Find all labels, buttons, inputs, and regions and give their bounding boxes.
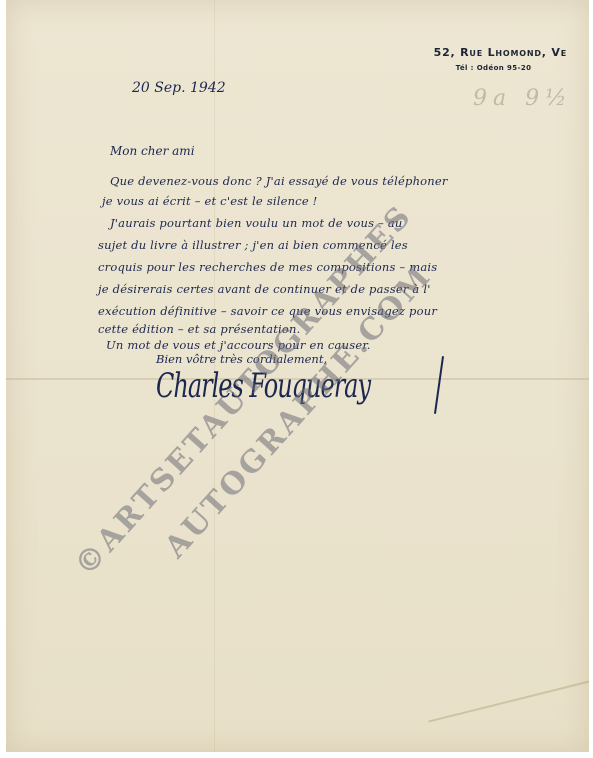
signature-flourish (434, 356, 444, 414)
letter-page: 52, Rue Lhomond, Ve Tél : Odéon 95-20 9a… (6, 0, 589, 752)
body-line: je vous ai écrit – et c'est le silence ! (102, 194, 318, 208)
letter-closing: Bien vôtre très cordialement, (156, 352, 327, 366)
letter-salutation: Mon cher ami (110, 144, 195, 158)
body-line: Que devenez-vous donc ? J'ai essayé de v… (110, 174, 448, 188)
corner-crease (428, 679, 589, 722)
body-line: J'aurais pourtant bien voulu un mot de v… (110, 216, 403, 230)
letterhead-address: 52, Rue Lhomond, Ve (434, 46, 567, 59)
letterhead: 52, Rue Lhomond, Ve Tél : Odéon 95-20 (434, 46, 567, 72)
body-line: croquis pour les recherches de mes compo… (98, 260, 437, 274)
pencil-annotation: 9a 9½ (473, 86, 572, 111)
letterhead-telephone: Tél : Odéon 95-20 (456, 64, 567, 72)
letter-date: 20 Sep. 1942 (132, 80, 226, 96)
